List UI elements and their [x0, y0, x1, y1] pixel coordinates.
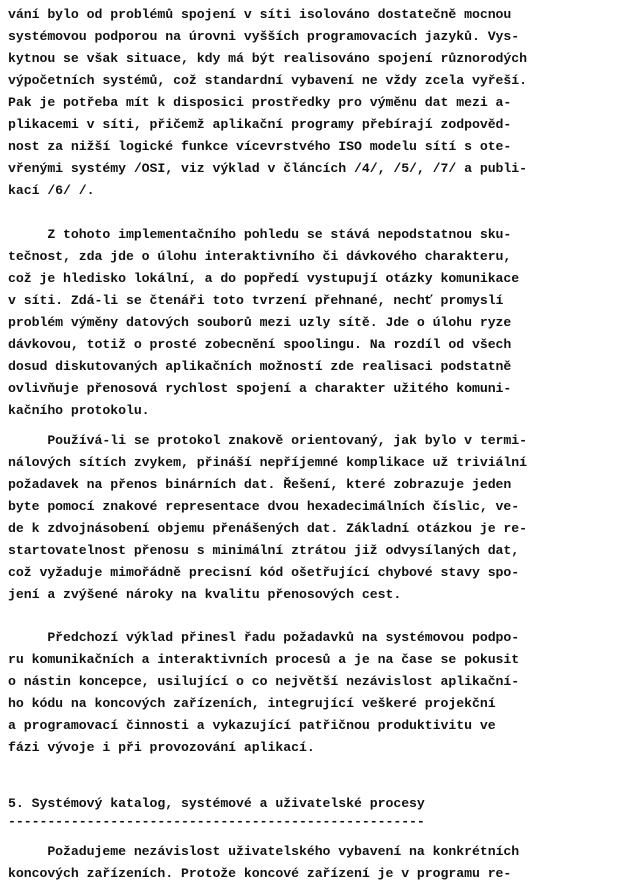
- text-line: startovatelnost přenosu s minimální ztrá…: [8, 541, 519, 561]
- text-line: výpočetních systémů, což standardní vyba…: [8, 71, 527, 91]
- text-line: kačního protokolu.: [8, 401, 150, 421]
- text-line: Předchozí výklad přinesl řadu požadavků …: [8, 628, 519, 648]
- text-line: kytnou se však situace, kdy má být reali…: [8, 49, 527, 69]
- text-line: systémovou podporou na úrovni vyšších pr…: [8, 27, 519, 47]
- text-line: problém výměny datových souborů mezi uzl…: [8, 313, 511, 333]
- text-line: kací /6/ /.: [8, 181, 95, 201]
- text-line: jení a zvýšené nároky na kvalitu přenoso…: [8, 585, 401, 605]
- text-line: de k zdvojnásobení objemu přenášených da…: [8, 519, 527, 539]
- text-line: a programovací činnosti a vykazující pat…: [8, 716, 496, 736]
- text-line: fázi vývoje i při provozování aplikací.: [8, 738, 315, 758]
- text-line: vřenými systémy /OSI, viz výklad v článc…: [8, 159, 527, 179]
- text-line: vání bylo od problémů spojení v síti iso…: [8, 5, 511, 25]
- text-line: plikacemi v síti, přičemž aplikační prog…: [8, 115, 511, 135]
- text-line: ovlivňuje přenosová rychlost spojení a c…: [8, 379, 511, 399]
- text-line: o nástin koncepce, usilující o co největ…: [8, 672, 519, 692]
- text-line: nost za nižší logické funkce vícevrstvéh…: [8, 137, 511, 157]
- text-line: ho kódu na koncových zařízeních, integru…: [8, 694, 496, 714]
- text-line: Používá-li se protokol znakově orientova…: [8, 431, 527, 451]
- text-line: požadavek na přenos binárních dat. Řešen…: [8, 475, 511, 495]
- text-line: ru komunikačních a interaktivních proces…: [8, 650, 519, 670]
- text-line: byte pomocí znakové representace dvou he…: [8, 497, 519, 517]
- section-underline: ----------------------------------------…: [8, 816, 425, 828]
- text-line: Pak je potřeba mít k disposici prostředk…: [8, 93, 511, 113]
- text-line: koncových zařízeních. Protože koncové za…: [8, 864, 511, 884]
- text-line: v síti. Zdá-li se čtenáři toto tvrzení p…: [8, 291, 503, 311]
- text-line: Požadujeme nezávislost uživatelského vyb…: [8, 842, 519, 862]
- text-line: Z tohoto implementačního pohledu se stáv…: [8, 225, 511, 245]
- text-line: nálových sítích zvykem, přináší nepříjem…: [8, 453, 527, 473]
- text-line: dosud diskutovaných aplikačních možností…: [8, 357, 511, 377]
- text-line: tečnost, zda jde o úlohu interaktivního …: [8, 247, 511, 267]
- text-line: dávkovou, totiž o prosté zobecnění spool…: [8, 335, 511, 355]
- section-title: 5. Systémový katalog, systémové a uživat…: [8, 794, 425, 814]
- text-line: což vyžaduje mimořádně precisní kód ošet…: [8, 563, 519, 583]
- text-line: což je hledisko lokální, a do popředí vy…: [8, 269, 519, 289]
